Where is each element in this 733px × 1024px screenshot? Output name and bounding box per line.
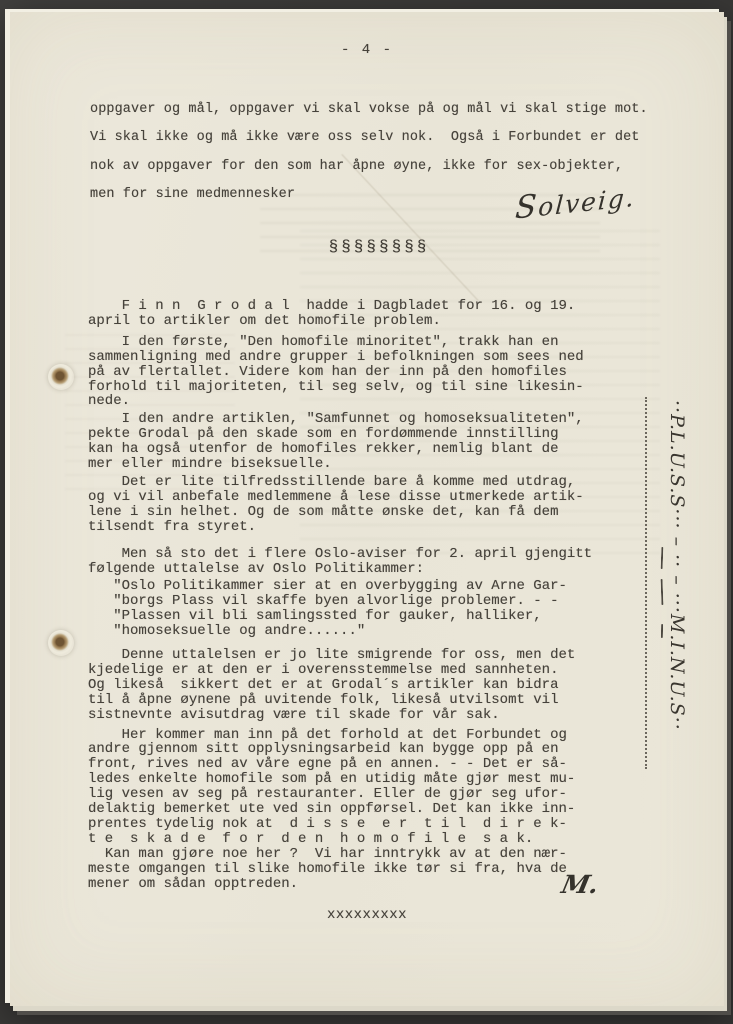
section-divider: §§§§§§§§ <box>34 238 724 256</box>
paragraph: I den andre artiklen, "Samfunnet og homo… <box>88 412 684 472</box>
margin-note-pluss-minus: ··P.L.U.S.S··· – ·· – ···M.I.N.U.S·· <box>658 400 688 742</box>
punch-hole <box>48 364 74 390</box>
end-mark: xxxxxxxxx <box>10 907 724 923</box>
paragraph: Men så sto det i flere Oslo-aviser for 2… <box>88 547 684 577</box>
paragraph: Det er lite tilfredsstillende bare å kom… <box>88 475 684 535</box>
paragraph: Her kommer man inn på det forhold at det… <box>88 728 684 892</box>
page-number: - 4 - <box>10 42 724 58</box>
punch-hole <box>48 630 74 656</box>
quoted-statement: "Oslo Politikammer sier at en overbyggin… <box>88 579 684 639</box>
paragraph: Denne uttalelsen er jo lite smigrende fo… <box>88 648 684 723</box>
article-body: F i n n G r o d a l hadde i Dagbladet fo… <box>88 299 684 892</box>
paragraph: I den første, "Den homofile minoritet", … <box>88 335 684 410</box>
handwritten-initial: M. <box>559 870 602 899</box>
margin-dotted-line <box>645 397 647 769</box>
paragraph: F i n n G r o d a l hadde i Dagbladet fo… <box>88 299 684 329</box>
document-page: - 4 - oppgaver og mål, oppgaver vi skal … <box>10 12 724 1006</box>
